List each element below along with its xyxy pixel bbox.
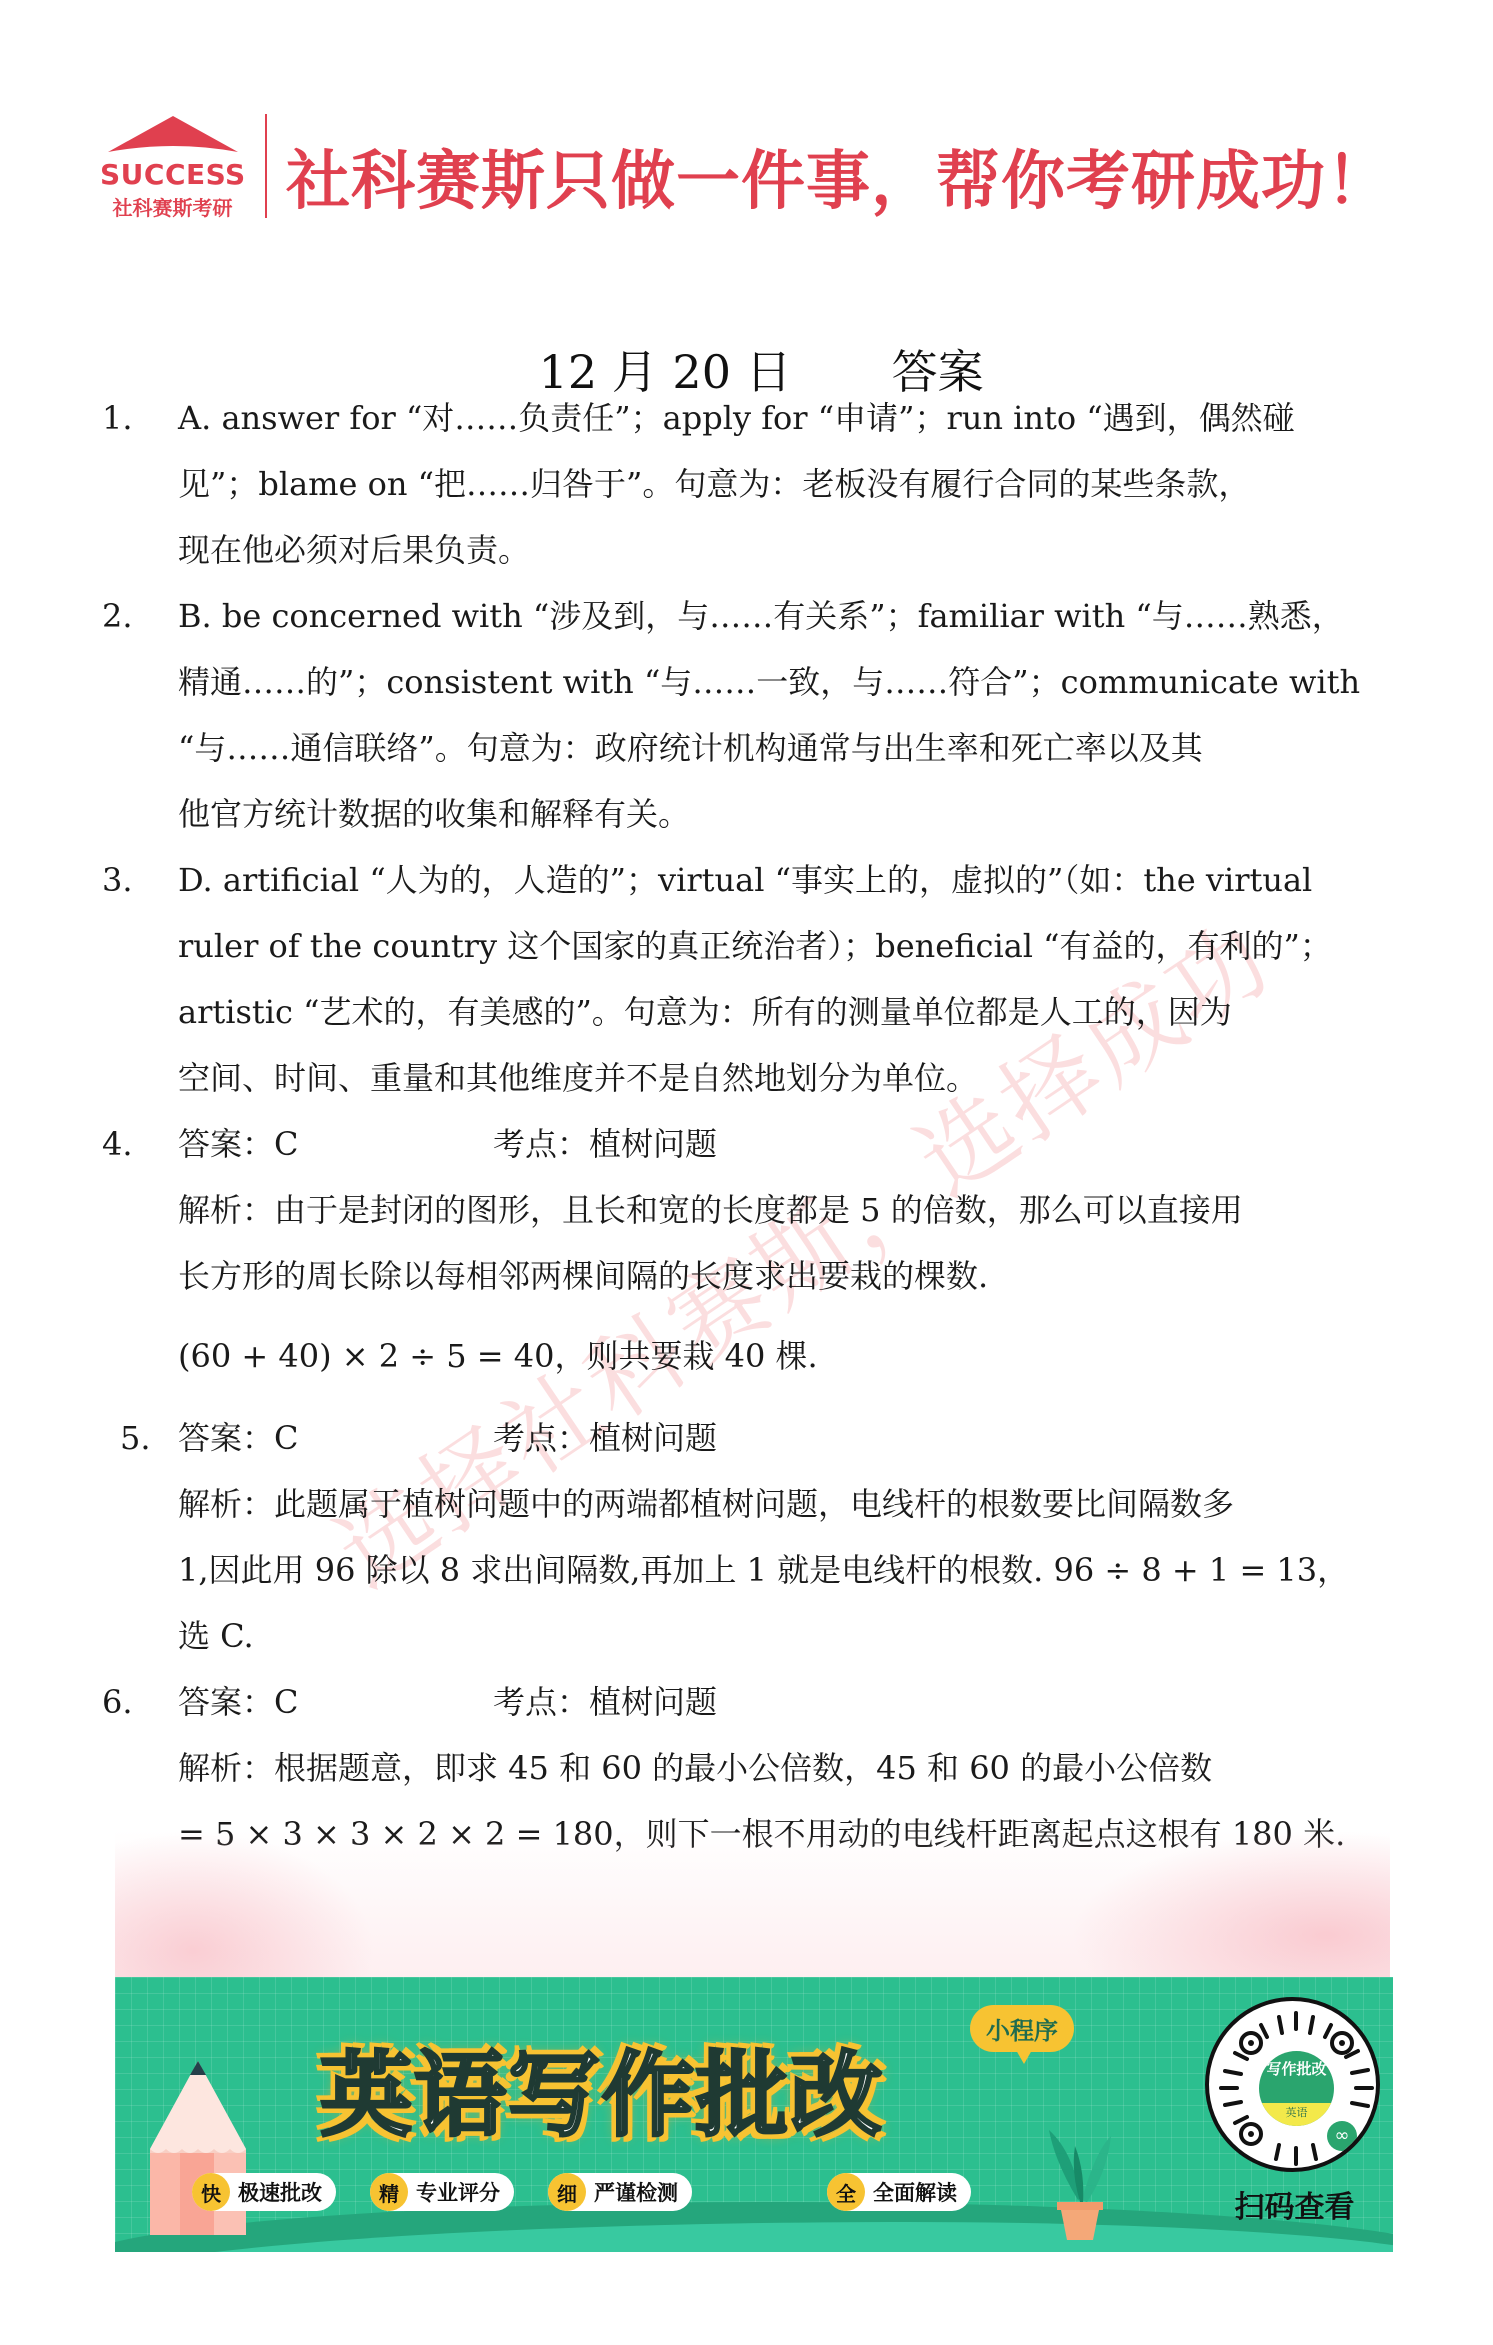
- page-title: 12 月 20 日答案: [0, 282, 1493, 402]
- keypoint: 考点：植树问题: [493, 1111, 717, 1177]
- roof-icon: [108, 116, 238, 154]
- qr-center-subtitle: 英语: [1259, 2103, 1334, 2126]
- text-line: D. artificial “人为的，人造的”；virtual “事实上的，虚拟…: [178, 847, 1396, 913]
- fast-icon: 快: [192, 2173, 230, 2211]
- slogan: 社科赛斯只做一件事，帮你考研成功！: [286, 130, 1391, 222]
- feature-label: 专业评分: [416, 2177, 500, 2207]
- text-line: 精通……的”；consistent with “与……一致，与……符合”；com…: [178, 649, 1396, 715]
- promo-banner[interactable]: 英语写作批改 小程序 快 极速批改 精 专业评分 细 严谨检测 全 全面解读: [115, 1977, 1393, 2252]
- precise-icon: 精: [370, 2173, 408, 2211]
- feature-detailed: 细 严谨检测: [548, 2173, 692, 2211]
- text-line: B. be concerned with “涉及到，与……有关系”；famili…: [178, 583, 1396, 649]
- feature-precise: 精 专业评分: [370, 2173, 514, 2211]
- item-text: 答案：C考点：植树问题 解析：此题属于植树问题中的两端都植树问题，电线杆的根数要…: [178, 1405, 1396, 1669]
- item-number: 5.: [120, 1405, 151, 1471]
- feature-fast: 快 极速批改: [192, 2173, 336, 2211]
- page-header: SUCCESS 社科赛斯考研 社科赛斯只做一件事，帮你考研成功！: [100, 112, 1400, 222]
- text-line: artistic “艺术的，有美感的”。句意为：所有的测量单位都是人工的，因为: [178, 979, 1396, 1045]
- header-divider: [265, 114, 267, 218]
- item-text: A. answer for “对……负责任”；apply for “申请”；ru…: [178, 385, 1396, 583]
- formula: (60 + 40) × 2 ÷ 5 = 40，则共要栽 40 棵.: [178, 1323, 1396, 1389]
- text-line: 他官方统计数据的收集和解释有关。: [178, 781, 1396, 847]
- scan-label: 扫码查看: [1202, 2182, 1387, 2226]
- answer-row: 答案：C考点：植树问题: [178, 1669, 1396, 1735]
- item-number: 1.: [102, 385, 133, 451]
- answer-row: 答案：C考点：植树问题: [178, 1405, 1396, 1471]
- text-line: 1,因此用 96 除以 8 求出间隔数,再加上 1 就是电线杆的根数. 96 ÷…: [178, 1537, 1396, 1603]
- text-line: “与……通信联络”。句意为：政府统计机构通常与出生率和死亡率以及其: [178, 715, 1396, 781]
- text-line: ruler of the country 这个国家的真正统治者）；benefic…: [178, 913, 1396, 979]
- answer-choice: 答案：C: [178, 1683, 299, 1721]
- complete-icon: 全: [827, 2173, 865, 2211]
- feature-label: 严谨检测: [594, 2177, 678, 2207]
- qr-center-title: 写作批改: [1259, 2061, 1334, 2078]
- feature-label: 极速批改: [238, 2177, 322, 2207]
- text-line: 空间、时间、重量和其他维度并不是自然地划分为单位。: [178, 1045, 1396, 1111]
- brand-logo: SUCCESS 社科赛斯考研: [100, 112, 245, 222]
- keypoint: 考点：植树问题: [493, 1405, 717, 1471]
- item-text: B. be concerned with “涉及到，与……有关系”；famili…: [178, 583, 1396, 847]
- item-number: 2.: [102, 583, 133, 649]
- item-number: 3.: [102, 847, 133, 913]
- text-line: 选 C.: [178, 1603, 1396, 1669]
- text-line: 解析：此题属于植树问题中的两端都植树问题，电线杆的根数要比间隔数多: [178, 1471, 1396, 1537]
- answer-choice: 答案：C: [178, 1419, 299, 1457]
- banner-title: 英语写作批改: [320, 2022, 884, 2154]
- text-line: 见”；blame on “把……归咎于”。句意为：老板没有履行合同的某些条款，: [178, 451, 1396, 517]
- text-line: 现在他必须对后果负责。: [178, 517, 1396, 583]
- potted-plant-icon: [1045, 2122, 1115, 2242]
- item-text: 答案：C考点：植树问题 解析：由于是封闭的图形，且长和宽的长度都是 5 的倍数，…: [178, 1111, 1396, 1389]
- logo-text: SUCCESS: [100, 158, 245, 191]
- text-line: 解析：由于是封闭的图形，且长和宽的长度都是 5 的倍数，那么可以直接用: [178, 1177, 1396, 1243]
- mini-program-icon: ∞: [1327, 2121, 1357, 2151]
- feature-complete: 全 全面解读: [827, 2173, 971, 2211]
- feature-label: 全面解读: [873, 2177, 957, 2207]
- qr-code[interactable]: 写作批改 英语 ∞: [1205, 1997, 1380, 2172]
- text-line: 长方形的周长除以每相邻两棵间隔的长度求出要栽的棵数.: [178, 1243, 1396, 1309]
- decorative-wash: [115, 1830, 1390, 1980]
- detailed-icon: 细: [548, 2173, 586, 2211]
- text-line: 解析：根据题意，即求 45 和 60 的最小公倍数，45 和 60 的最小公倍数: [178, 1735, 1396, 1801]
- logo-subtext: 社科赛斯考研: [100, 192, 245, 221]
- keypoint: 考点：植树问题: [493, 1669, 717, 1735]
- item-number: 6.: [102, 1669, 133, 1735]
- item-text: D. artificial “人为的，人造的”；virtual “事实上的，虚拟…: [178, 847, 1396, 1111]
- qr-center-logo: 写作批改 英语: [1259, 2051, 1334, 2126]
- mini-program-badge: 小程序: [970, 2005, 1074, 2052]
- answer-choice: 答案：C: [178, 1125, 299, 1163]
- item-number: 4.: [102, 1111, 133, 1177]
- answer-row: 答案：C考点：植树问题: [178, 1111, 1396, 1177]
- text-line: A. answer for “对……负责任”；apply for “申请”；ru…: [178, 385, 1396, 451]
